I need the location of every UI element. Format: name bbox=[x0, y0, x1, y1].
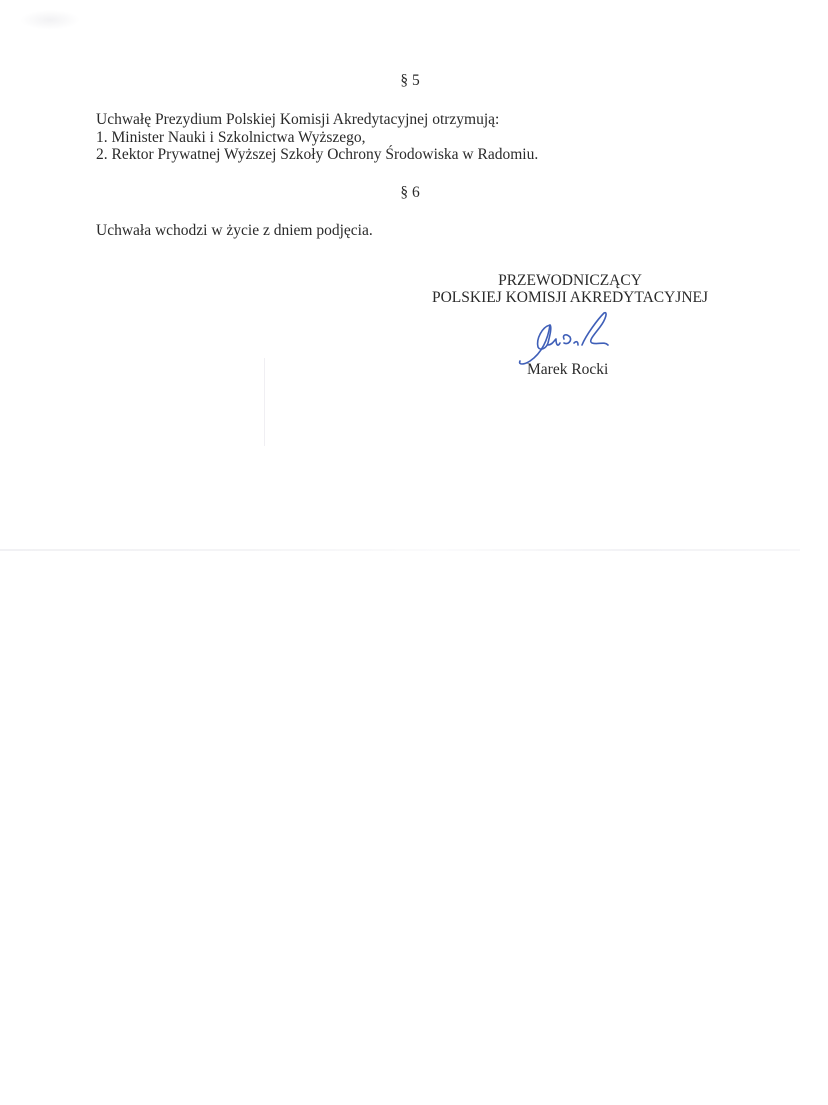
signatory-title: PRZEWODNICZĄCY bbox=[420, 272, 720, 290]
section-6-heading: § 6 bbox=[380, 184, 440, 202]
scan-smudge bbox=[20, 10, 80, 30]
recipient-item: 2. Rektor Prywatnej Wyższej Szkoły Ochro… bbox=[96, 146, 538, 164]
effective-date-text: Uchwała wchodzi w życie z dniem podjęcia… bbox=[96, 222, 373, 240]
recipients-intro: Uchwałę Prezydium Polskiej Komisji Akred… bbox=[96, 111, 499, 129]
scan-artifact-fold-line bbox=[0, 549, 800, 551]
section-5-heading: § 5 bbox=[380, 72, 440, 90]
scan-artifact-vertical bbox=[264, 358, 265, 446]
recipient-item: 1. Minister Nauki i Szkolnictwa Wyższego… bbox=[96, 129, 366, 147]
document-page: § 5 Uchwałę Prezydium Polskiej Komisji A… bbox=[0, 0, 828, 1105]
signatory-name: Marek Rocki bbox=[527, 361, 608, 379]
